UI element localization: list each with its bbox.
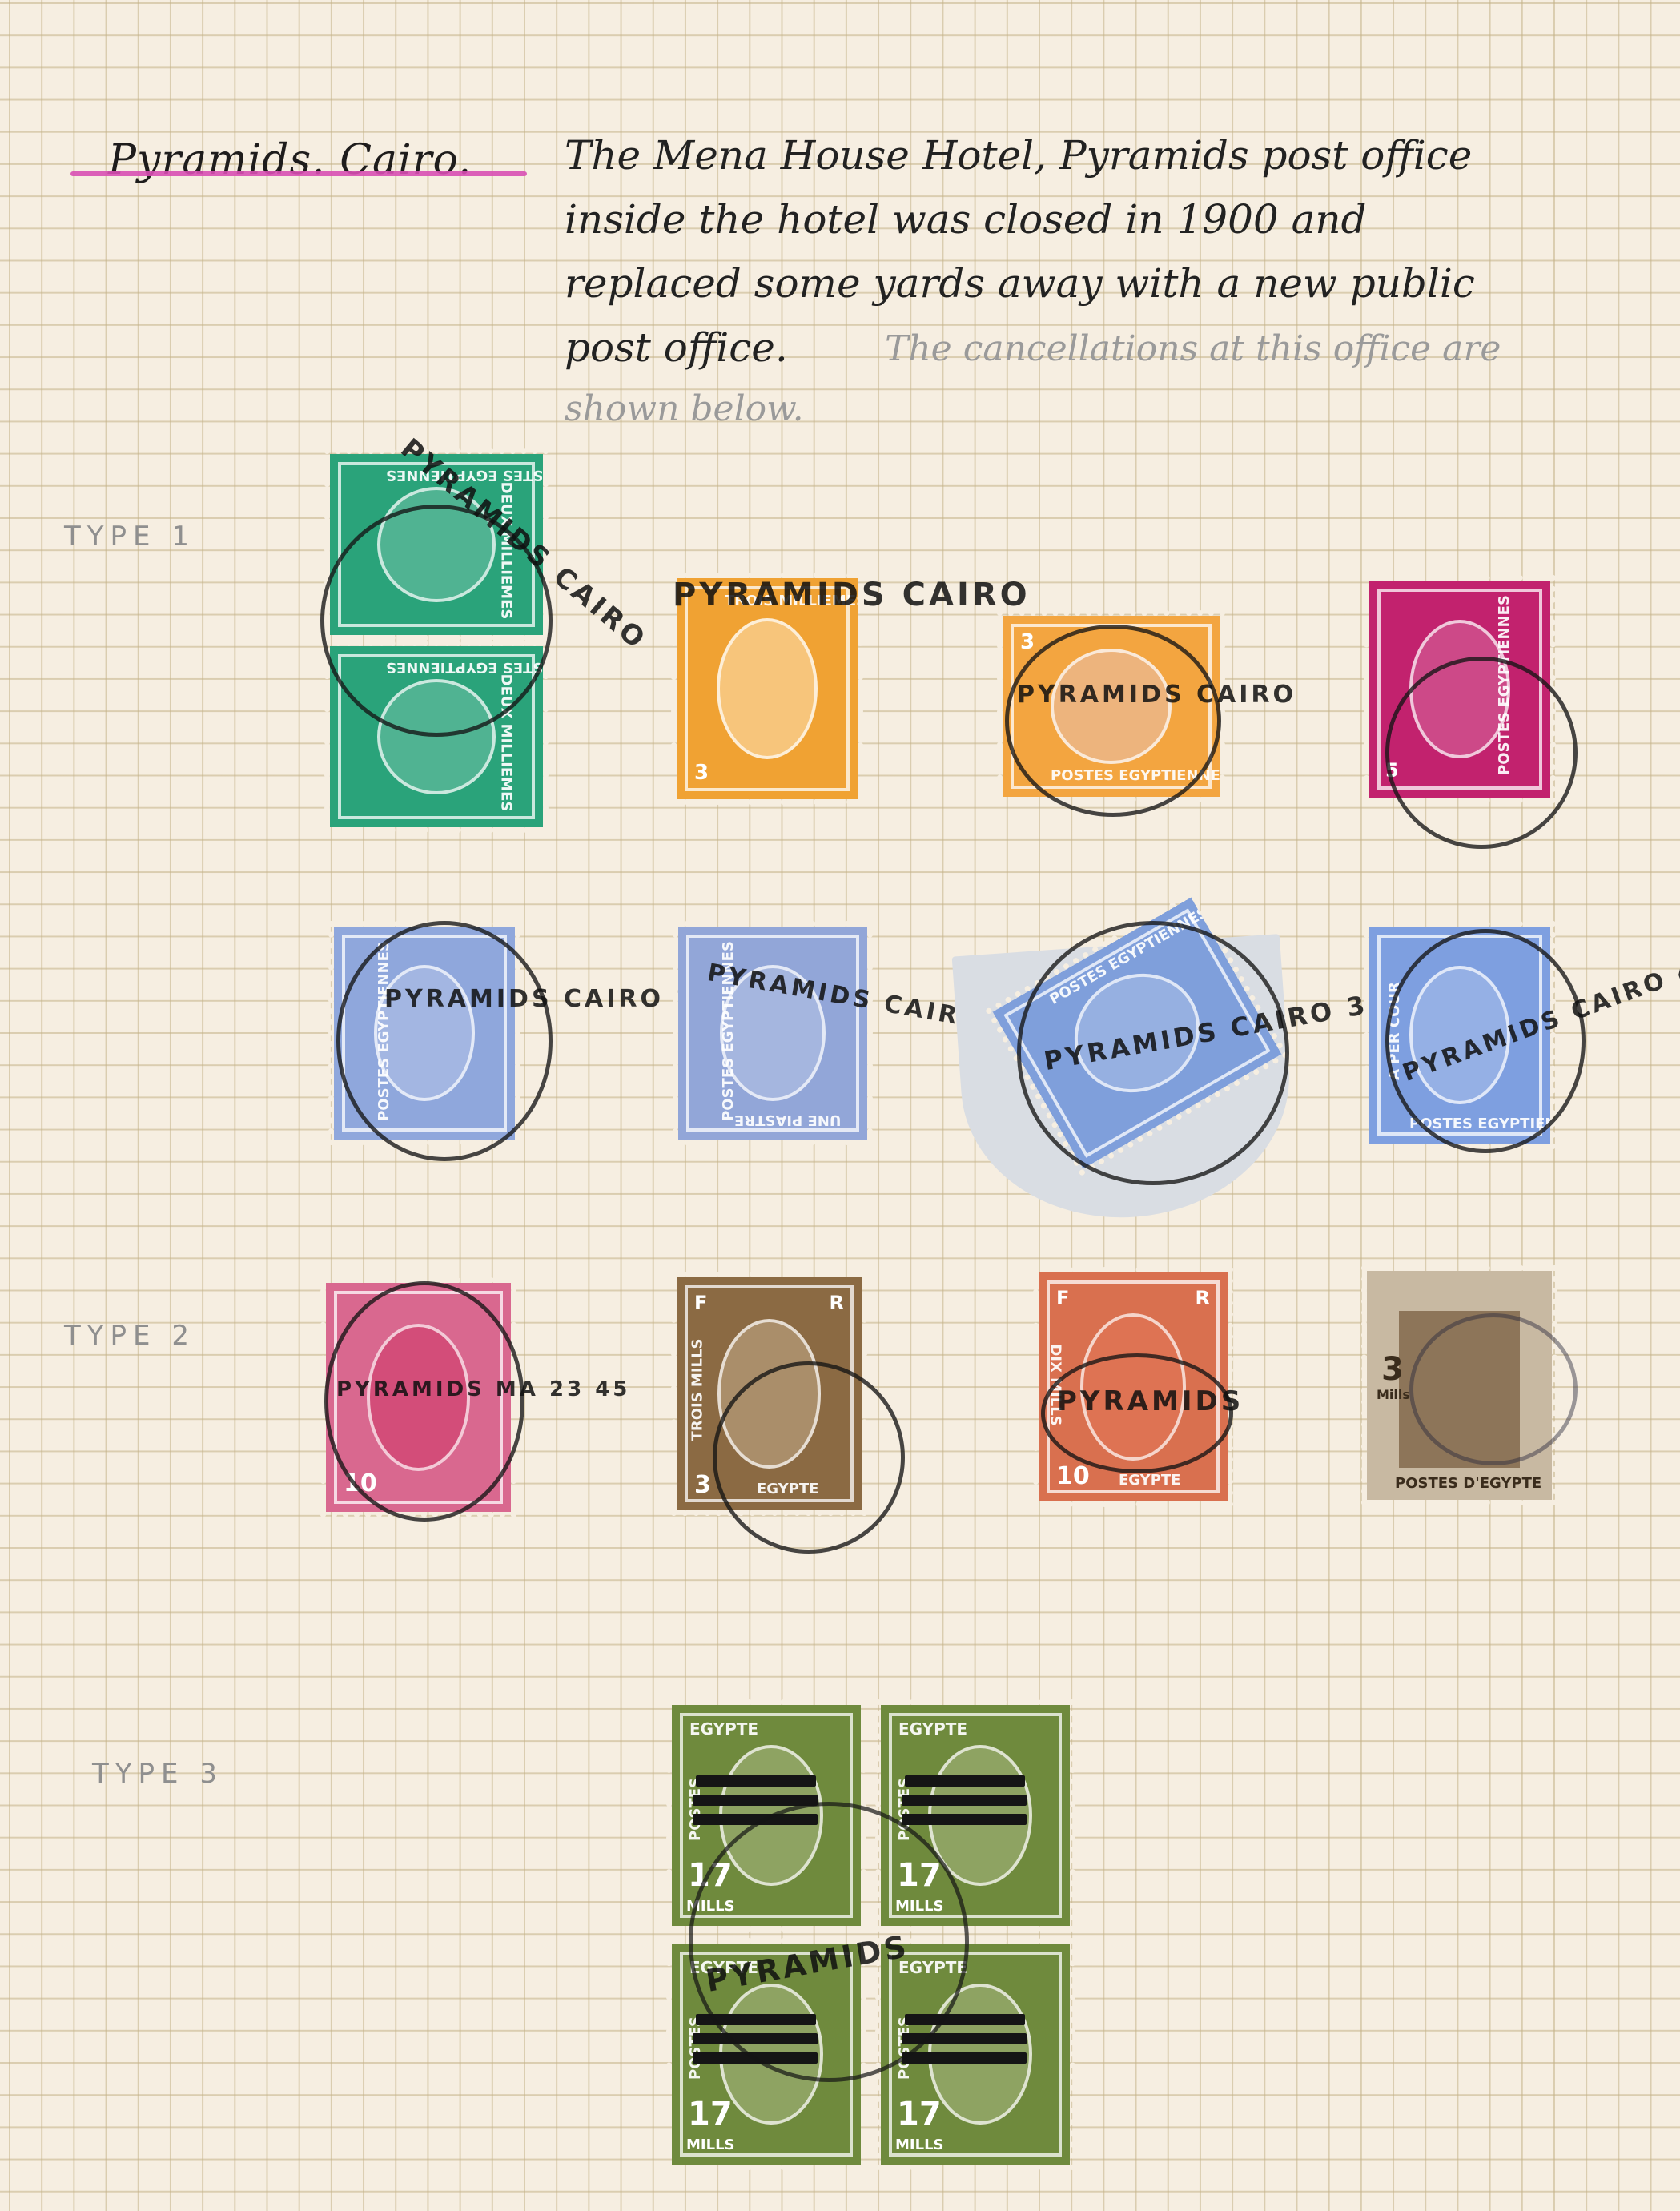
overprint-bar bbox=[693, 1814, 818, 1825]
stamp-brown-3m: F R TROIS MILLS EGYPTE 3 bbox=[671, 1272, 867, 1516]
stamp-green-17m: EGYPTE POSTES 17 MILLS bbox=[875, 1938, 1075, 2170]
pencil-note-line-2: shown below. bbox=[565, 388, 804, 429]
stamp-green-17m: EGYPTE POSTES 17 MILLS bbox=[666, 1699, 866, 1932]
overprint-bar bbox=[905, 2014, 1025, 2025]
note-line-1: The Mena House Hotel, Pyramids post offi… bbox=[565, 132, 1472, 179]
note-line-3: replaced some yards away with a new publ… bbox=[565, 260, 1475, 307]
overprint-bar bbox=[693, 1795, 818, 1806]
overprint-bar bbox=[905, 1775, 1025, 1787]
page-title: Pyramids. Cairo. bbox=[108, 136, 472, 184]
stamp-carmine-5m: POSTES EGYPTIENNES 5 bbox=[1364, 575, 1556, 803]
type-label-3: TYPE 3 bbox=[92, 1758, 223, 1790]
stamp-green-2m-lower: POSTES EGYPTIENNES DEUX MILLIEMES bbox=[324, 641, 549, 833]
pencil-note-line-1: The cancellations at this office are bbox=[885, 328, 1501, 369]
note-line-2: inside the hotel was closed in 1900 and bbox=[565, 196, 1367, 243]
overprint-bar bbox=[902, 2052, 1027, 2064]
overprint-bar bbox=[693, 2033, 818, 2044]
postmark-text-rose: PYRAMIDS MA 23 45 bbox=[336, 1377, 630, 1401]
note-line-4: post office. bbox=[565, 324, 788, 371]
overprint-bar bbox=[902, 1814, 1027, 1825]
stamp-blue-1p-a: POSTES EGYPTIENNES bbox=[328, 921, 520, 1145]
stamp-sepia-3m: 3 Mills POSTES D'EGYPTE bbox=[1361, 1265, 1557, 1505]
type-label-2: TYPE 2 bbox=[64, 1320, 195, 1352]
overprint-bar bbox=[902, 2033, 1027, 2044]
overprint-bar bbox=[696, 2014, 816, 2025]
overprint-bar bbox=[696, 1775, 816, 1787]
postmark-text-orange-b: PYRAMIDS CAIRO bbox=[1017, 681, 1296, 709]
postmark-text-red: PYRAMIDS bbox=[1057, 1385, 1244, 1417]
stamp-blue-1p-b: POSTES EGYPTIENNES UNE PIASTRE bbox=[673, 921, 873, 1145]
overprint-bar bbox=[902, 1795, 1027, 1806]
stamp-green-17m: EGYPTE POSTES 17 MILLS bbox=[875, 1699, 1075, 1932]
postmark-text-orange-a: PYRAMIDS CAIRO bbox=[673, 577, 1031, 613]
title-underline bbox=[70, 171, 527, 176]
type-label-1: TYPE 1 bbox=[64, 521, 195, 553]
overprint-bar bbox=[693, 2052, 818, 2064]
